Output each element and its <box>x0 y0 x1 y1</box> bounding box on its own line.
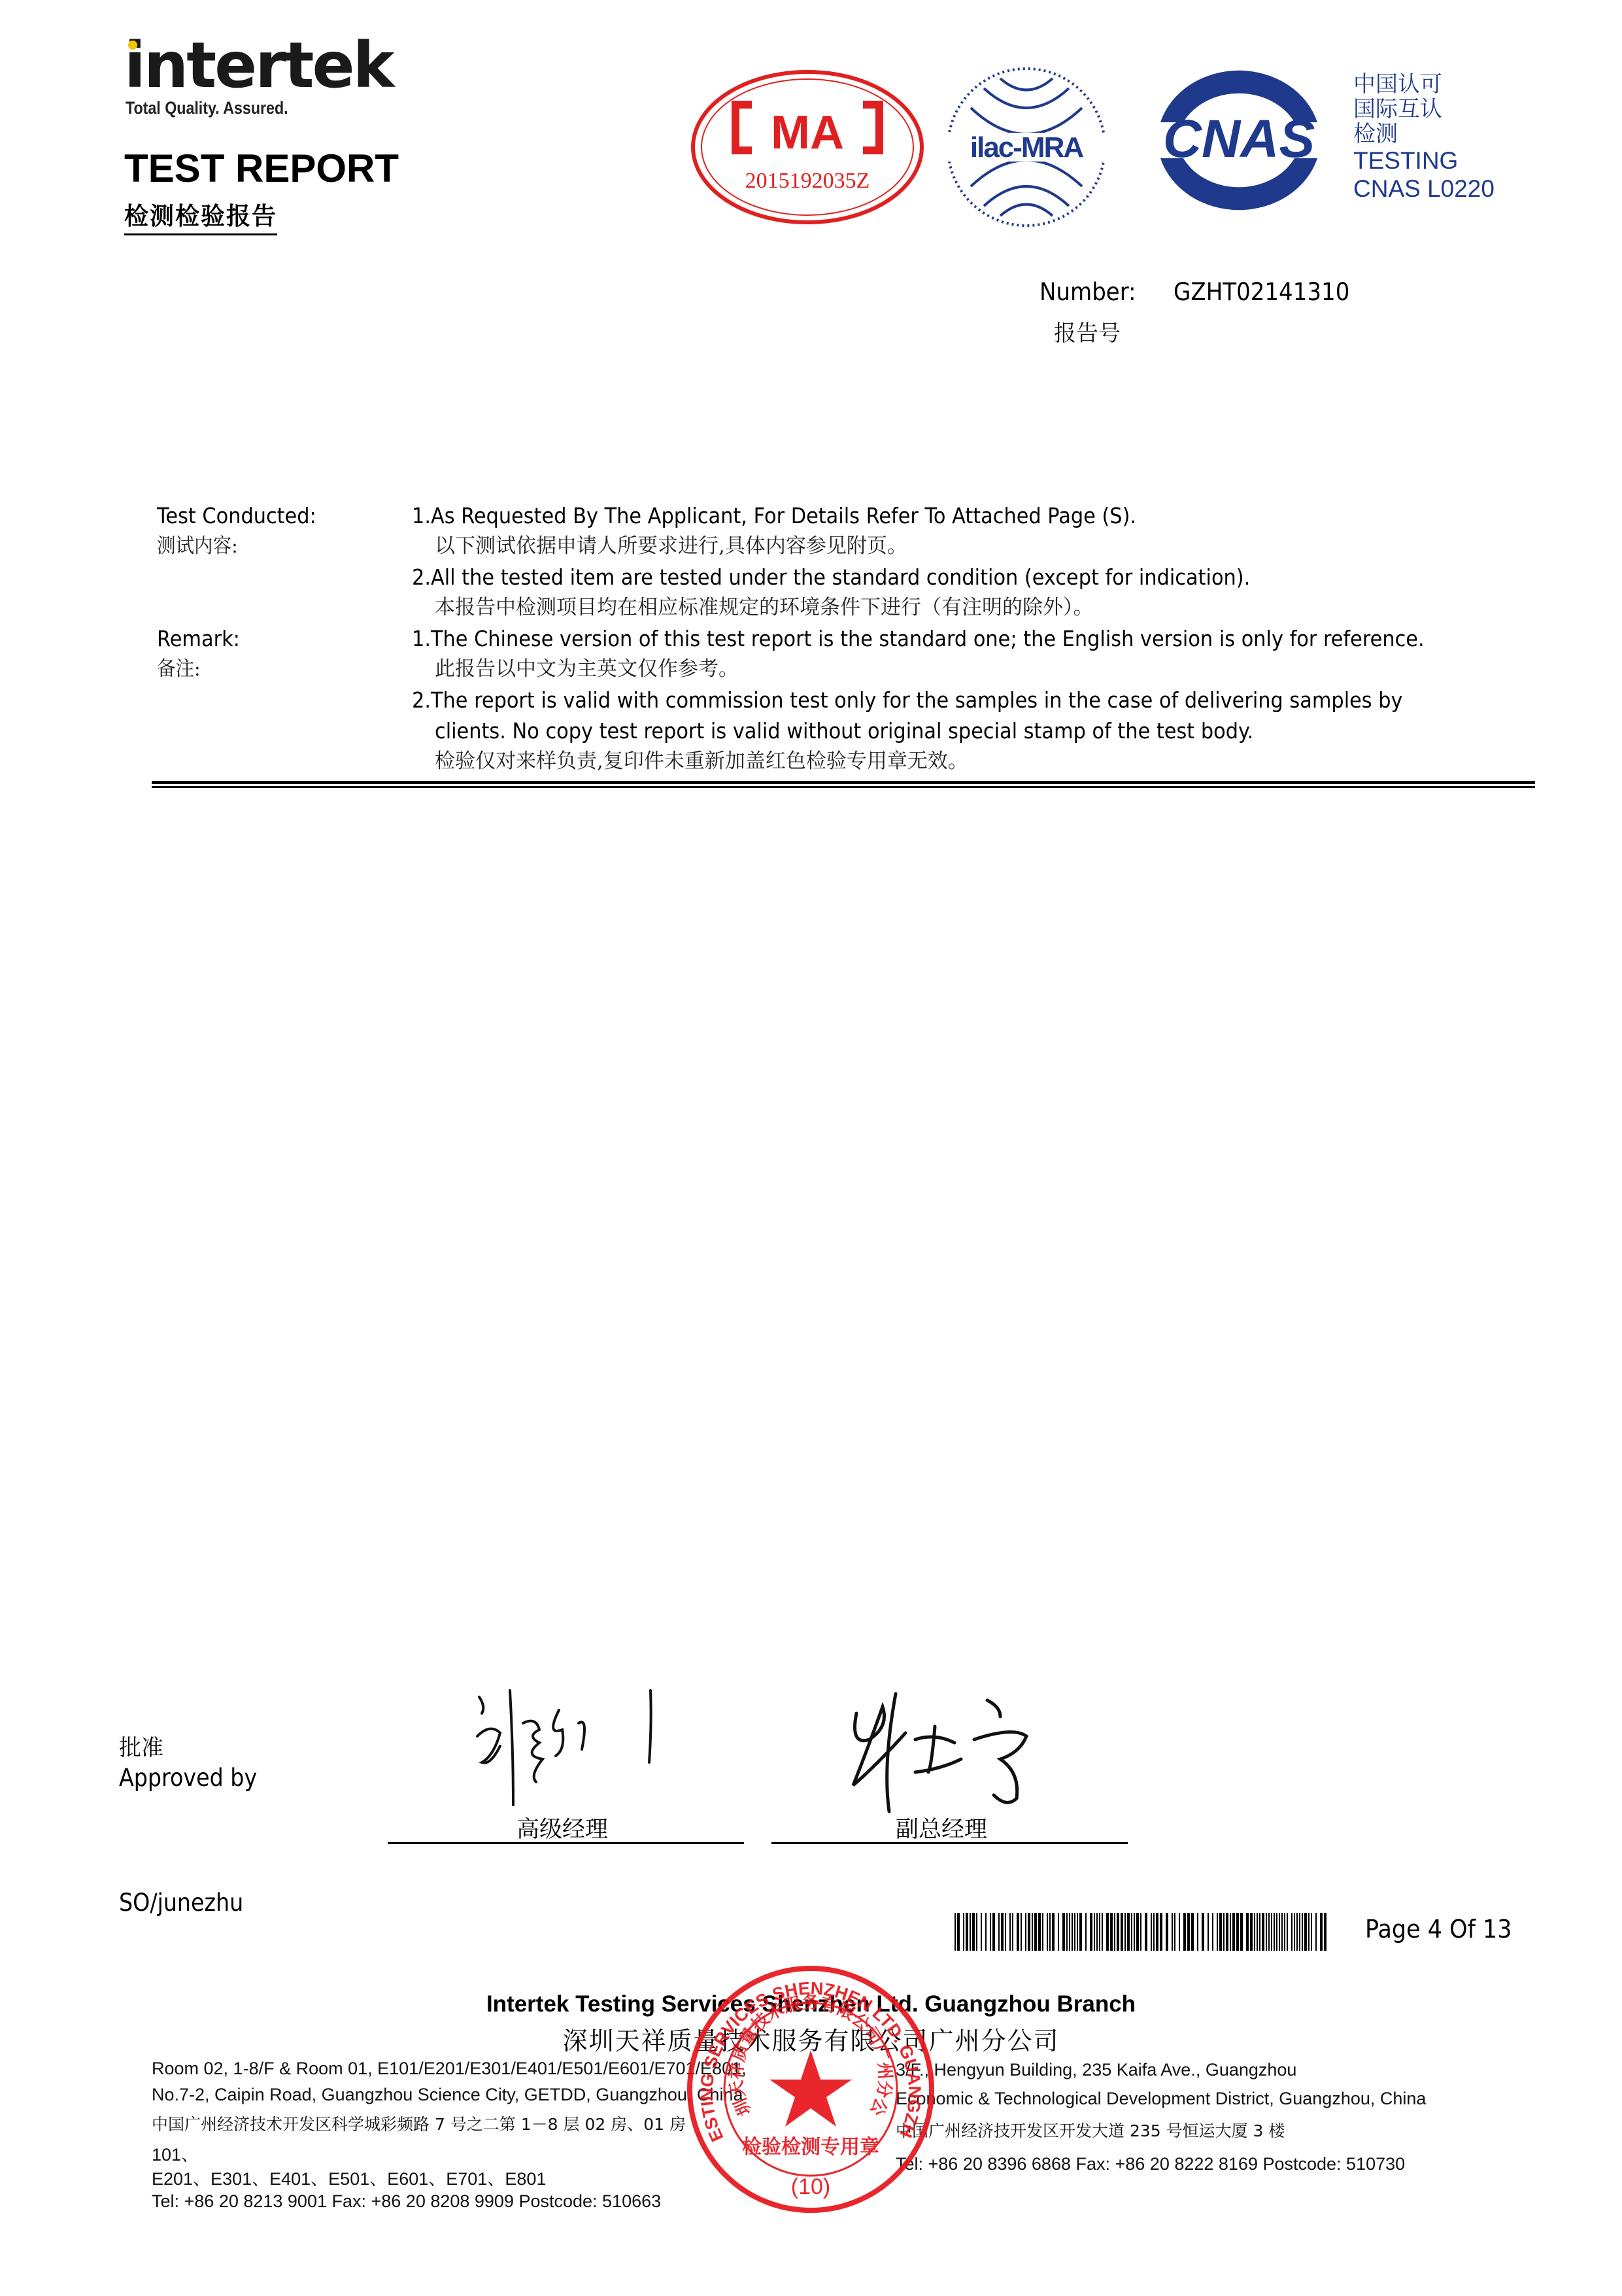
logo-tagline: Total Quality. Assured. <box>126 98 288 118</box>
signatory-1-role: 高级经理 <box>516 1811 608 1844</box>
cnas-caption-en-2: CNAS L0220 <box>1353 175 1495 203</box>
signatory-2-role: 副总经理 <box>896 1811 987 1844</box>
official-stamp-icon: INTERTEK TESTING SERVICES SHENZHEN LTD. … <box>683 1962 938 2217</box>
page-number: Page 4 Of 13 <box>1365 1915 1512 1944</box>
address-right-line-2: Economic & Technological Development Dis… <box>896 2084 1426 2113</box>
report-number-value: GZHT02141310 <box>1174 278 1349 306</box>
cma-seal-icon: MA 2015192035Z <box>690 69 925 226</box>
signature-2-icon <box>843 1687 1059 1818</box>
address-right-line-1: 3/F., Hengyun Building, 235 Kaifa Ave., … <box>896 2055 1426 2084</box>
approved-by-label: Approved by <box>119 1764 257 1792</box>
stamp-center-text: 检验检测专用章 <box>742 2136 879 2159</box>
cma-letters: MA <box>771 107 844 159</box>
test-conducted-item-1: 1.As Requested By The Applicant, For Det… <box>412 500 1440 531</box>
signature-1-icon <box>474 1684 660 1815</box>
address-right-line-4: Tel: +86 20 8396 6868 Fax: +86 20 8222 8… <box>896 2150 1426 2178</box>
remark-row: Remark: 备注: 1.The Chinese version of thi… <box>157 623 1530 777</box>
remark-label-cn: 备注: <box>157 654 386 685</box>
barcode-icon <box>955 1913 1331 1951</box>
remark-label: Remark: <box>157 623 386 654</box>
test-conducted-label-cn: 测试内容: <box>157 531 386 562</box>
test-conducted-item-1-cn: 以下测试依据申请人所要求进行,具体内容参见附页。 <box>435 531 1530 562</box>
report-info-block: Test Conducted: 测试内容: 1.As Requested By … <box>157 500 1530 777</box>
intertek-logo: intertek <box>124 34 392 97</box>
cnas-caption: 中国认可 国际互认 检测 TESTING CNAS L0220 <box>1353 72 1495 203</box>
remark-item-2-cn: 检验仅对来样负责,复印件未重新加盖红色检验专用章无效。 <box>435 746 1530 777</box>
remark-item-1: 1.The Chinese version of this test repor… <box>412 623 1440 654</box>
footer-address-left: Room 02, 1-8/F & Room 01, E101/E201/E301… <box>152 2055 747 2212</box>
cnas-caption-cn-1: 中国认可 <box>1353 72 1495 97</box>
issuer-code: SO/junezhu <box>119 1889 243 1917</box>
ilac-label: ilac-MRA <box>970 131 1083 163</box>
report-title-cn: 检测检验报告 <box>124 204 277 235</box>
report-number-label: Number: <box>1039 278 1136 306</box>
signature-line-1 <box>388 1842 744 1844</box>
section-divider <box>152 781 1535 784</box>
ilac-mra-icon: ilac-MRA <box>941 62 1111 232</box>
address-left-line-3: 中国广州经济技术开发区科学城彩频路 7 号之二第 1－8 层 02 房、01 房 <box>152 2112 747 2138</box>
remark-item-1-cn: 此报告以中文为主英文仅作参考。 <box>435 654 1530 685</box>
test-conducted-label: Test Conducted: <box>157 500 386 531</box>
cma-code: 2015192035Z <box>745 169 870 193</box>
stamp-number: (10) <box>791 2174 830 2199</box>
address-left-line-5: E201、E301、E401、E501、E601、E701、E801 <box>152 2168 747 2190</box>
address-left-line-2: No.7-2, Caipin Road, Guangzhou Science C… <box>152 2082 747 2108</box>
remark-item-2-cont: clients. No copy test report is valid wi… <box>435 715 1442 746</box>
address-right-line-3: 中国广州经济技开发区开发大道 235 号恒运大厦 3 楼 <box>896 2117 1426 2146</box>
test-conducted-row: Test Conducted: 测试内容: 1.As Requested By … <box>157 500 1530 623</box>
cnas-logo-icon: CNAS <box>1141 60 1337 217</box>
logo-dot-icon <box>128 41 137 50</box>
cnas-caption-cn-2: 国际互认 <box>1353 97 1495 122</box>
footer-address-right: 3/F., Hengyun Building, 235 Kaifa Ave., … <box>896 2055 1426 2178</box>
report-number-label-cn: 报告号 <box>1054 315 1121 347</box>
address-left-line-6: Tel: +86 20 8213 9001 Fax: +86 20 8208 9… <box>152 2190 747 2212</box>
address-left-line-1: Room 02, 1-8/F & Room 01, E101/E201/E301… <box>152 2055 747 2082</box>
report-title: TEST REPORT <box>124 149 399 188</box>
cnas-caption-en-1: TESTING <box>1353 146 1495 175</box>
signature-line-2 <box>771 1842 1128 1844</box>
approved-by-label-cn: 批准 <box>119 1730 163 1762</box>
remark-item-2: 2.The report is valid with commission te… <box>412 685 1440 715</box>
test-conducted-item-2: 2.All the tested item are tested under t… <box>412 562 1440 592</box>
section-divider-thin <box>152 786 1535 788</box>
cnas-label: CNAS <box>1163 109 1315 169</box>
cnas-caption-cn-3: 检测 <box>1353 122 1495 146</box>
test-conducted-item-2-cn: 本报告中检测项目均在相应标准规定的环境条件下进行（有注明的除外）。 <box>435 592 1530 623</box>
address-left-line-4: 101、 <box>152 2142 747 2168</box>
